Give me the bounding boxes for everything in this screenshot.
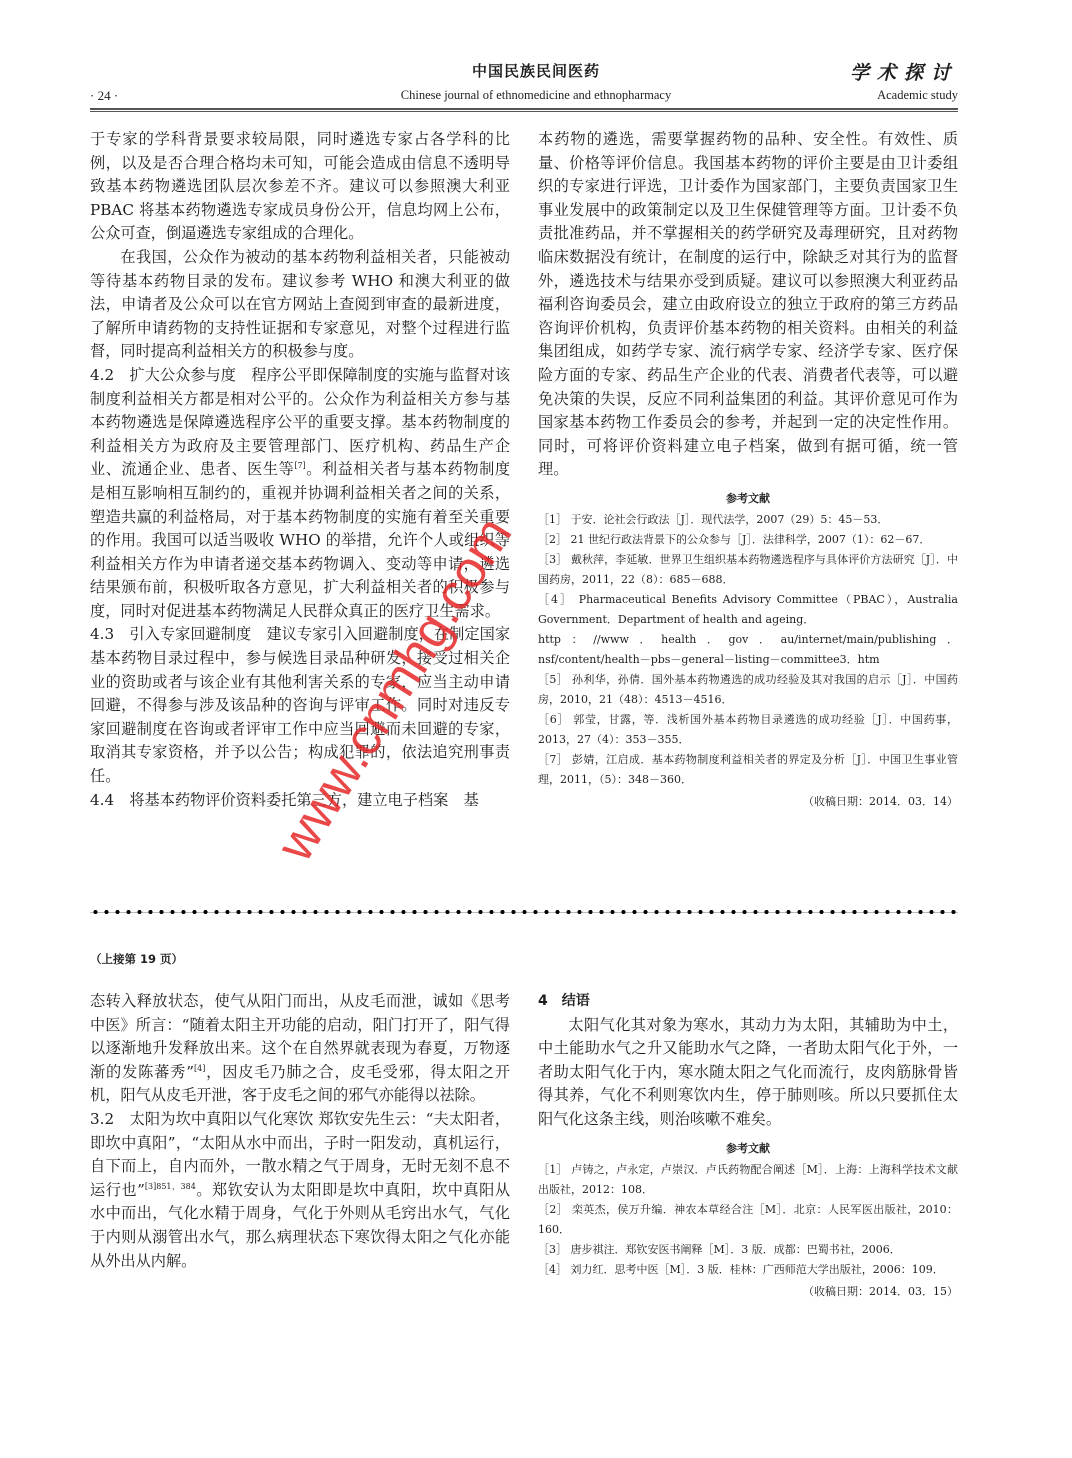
reference-item: ［2］ 栾英杰，侯万升编．神农本草经合注［M］．北京：人民军医出版社，2010：… (538, 1200, 958, 1240)
article-divider (90, 909, 958, 915)
section-text: 。郑钦安认为太阳即是坎中真阳，坎中真阳从水中而出，气化水精于周身，气化于外则从毛… (90, 1181, 510, 1270)
section-4-3: 4.3 引入专家回避制度 建议专家引入回避制度，在制定国家基本药物目录过程中，参… (90, 623, 510, 788)
paragraph: 于专家的学科背景要求较局限，同时遴选专家占各学科的比例，以及是否合理合格均未可知… (90, 128, 510, 246)
reference-item: ［5］ 孙利华，孙倩．国外基本药物遴选的成功经验及其对我国的启示［J］．中国药房… (538, 670, 958, 710)
paragraph: 本药物的遴选，需要掌握药物的品种、安全性。有效性、质量、价格等评价信息。我国基本… (538, 128, 958, 482)
reference-item: ［2］ 21 世纪行政法背景下的公众参与［J］．法律科学，2007（1）：62－… (538, 530, 958, 550)
section-title-en: Academic study (877, 88, 958, 103)
article1-left-column: 于专家的学科背景要求较局限，同时遴选专家占各学科的比例，以及是否合理合格均未可知… (90, 128, 510, 812)
paragraph: 态转入释放状态，使气从阳门而出，从皮毛而泄，诚如《思考中医》所言：“随着太阳主开… (90, 990, 510, 1108)
citation: [4] (194, 1064, 205, 1073)
reference-item: ［3］ 戴秋萍，李延敏．世界卫生组织基本药物遴选程序与具体评价方法研究［J］．中… (538, 550, 958, 590)
section-title-cn: 学术探讨 (850, 58, 958, 85)
section-heading: 4.3 引入专家回避制度 (90, 625, 251, 643)
section-3-2: 3.2 太阳为坎中真阳以气化寒饮 郑钦安先生云：“夫太阳者，即坎中真阳”，“太阳… (90, 1108, 510, 1273)
received-date: （收稿日期：2014．03．15） (538, 1282, 958, 1302)
references-title: 参考文献 (538, 1140, 958, 1158)
citation: [3]851，384 (145, 1182, 196, 1191)
section-heading: 4 结语 (538, 990, 958, 1014)
reference-item: ［3］ 唐步祺注．郑钦安医书阐释［M］．3 版．成都：巴蜀书社，2006． (538, 1240, 958, 1260)
section-heading: 4.2 扩大公众参与度 (90, 366, 236, 384)
section-4-2: 4.2 扩大公众参与度 程序公平即保障制度的实施与监督对该制度利益相关方都是相对… (90, 364, 510, 624)
continuation-note: （上接第 19 页） (90, 951, 183, 967)
article2-left-column: 态转入释放状态，使气从阳门而出，从皮毛而泄，诚如《思考中医》所言：“随着太阳主开… (90, 990, 510, 1273)
reference-item: ［7］ 彭婧，江启成．基本药物制度利益相关者的界定及分析［J］．中国卫生事业管理… (538, 750, 958, 790)
received-date: （收稿日期：2014．03．14） (538, 792, 958, 812)
reference-url[interactable]: http：//www．health．gov．au/internet/main/p… (538, 630, 958, 670)
reference-item: ［4］ 刘力红．思考中医［M］．3 版．桂林：广西师范大学出版社，2006：10… (538, 1260, 958, 1280)
article1-right-column: 本药物的遴选，需要掌握药物的品种、安全性。有效性、质量、价格等评价信息。我国基本… (538, 128, 958, 812)
reference-item: ［4］ Pharmaceutical Benefits Advisory Com… (538, 590, 958, 630)
references-title: 参考文献 (538, 490, 958, 508)
section-text: 。利益相关者与基本药物制度是相互影响相互制约的，重视并协调利益相关者之间的关系，… (90, 460, 510, 620)
section-text: 基 (448, 791, 478, 809)
paragraph: 在我国，公众作为被动的基本药物利益相关者，只能被动等待基本药物目录的发布。建议参… (90, 246, 510, 364)
reference-item: ［1］ 于安．论社会行政法［J］．现代法学，2007（29）5：45－53． (538, 510, 958, 530)
paragraph: 太阳气化其对象为寒水，其动力为太阳，其辅助为中土，中土能助水气之升又能助水气之降… (538, 1014, 958, 1132)
citation: [7] (294, 461, 305, 470)
header-rule (90, 108, 958, 112)
reference-item: ［6］ 郭莹，甘露，等．浅析国外基本药物目录遴选的成功经验［J］．中国药事，20… (538, 710, 958, 750)
section-heading: 4.4 将基本药物评价资料委托第三方，建立电子档案 (90, 791, 448, 809)
section-4-4: 4.4 将基本药物评价资料委托第三方，建立电子档案 基 (90, 789, 510, 813)
section-heading: 3.2 太阳为坎中真阳以气化寒饮 (90, 1110, 313, 1128)
reference-item: ［1］ 卢铸之，卢永定，卢崇汉．卢氏药物配合阐述［M］．上海：上海科学技术文献出… (538, 1160, 958, 1200)
section-text: 建议专家引入回避制度，在制定国家基本药物目录过程中，参与候选目录品种研发，接受过… (90, 625, 510, 785)
article2-right-column: 4 结语 太阳气化其对象为寒水，其动力为太阳，其辅助为中土，中土能助水气之升又能… (538, 990, 958, 1302)
